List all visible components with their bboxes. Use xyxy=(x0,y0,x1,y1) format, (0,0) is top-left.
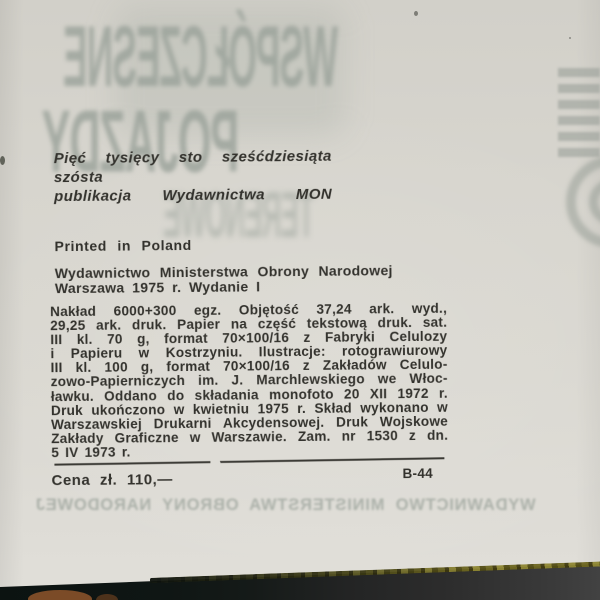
paper-speck xyxy=(0,156,5,165)
cover-leather-chip xyxy=(96,594,118,600)
printed-in-poland: Printed in Poland xyxy=(54,237,191,254)
edition-note-line-2: publikacja Wydawnictwa MON xyxy=(54,185,332,206)
paper-speck xyxy=(414,11,418,16)
catalog-code: B-44 xyxy=(402,466,433,481)
book-colophon-photo: WSPÓŁCZESNE POJAZDY TERENOWE WYDAWNICTWO… xyxy=(0,0,600,600)
edition-note-line-1: Pięć tysięcy sto sześćdziesiąta szósta xyxy=(54,147,332,187)
price-line: Cena zł. 110,— xyxy=(51,471,172,489)
publisher-block: Wydawnictwo Ministerstwa Obrony Narodowe… xyxy=(55,263,393,296)
paper-speck xyxy=(569,37,571,39)
printed-text-layer: Pięć tysięcy sto sześćdziesiąta szósta p… xyxy=(0,0,600,600)
publisher-line-2: Warszawa 1975 r. Wydanie I xyxy=(55,278,393,296)
edition-note: Pięć tysięcy sto sześćdziesiąta szósta p… xyxy=(54,147,332,206)
colophon-paragraph: Nakład 6000+300 egz. Objętość 37,24 ark.… xyxy=(50,302,448,460)
